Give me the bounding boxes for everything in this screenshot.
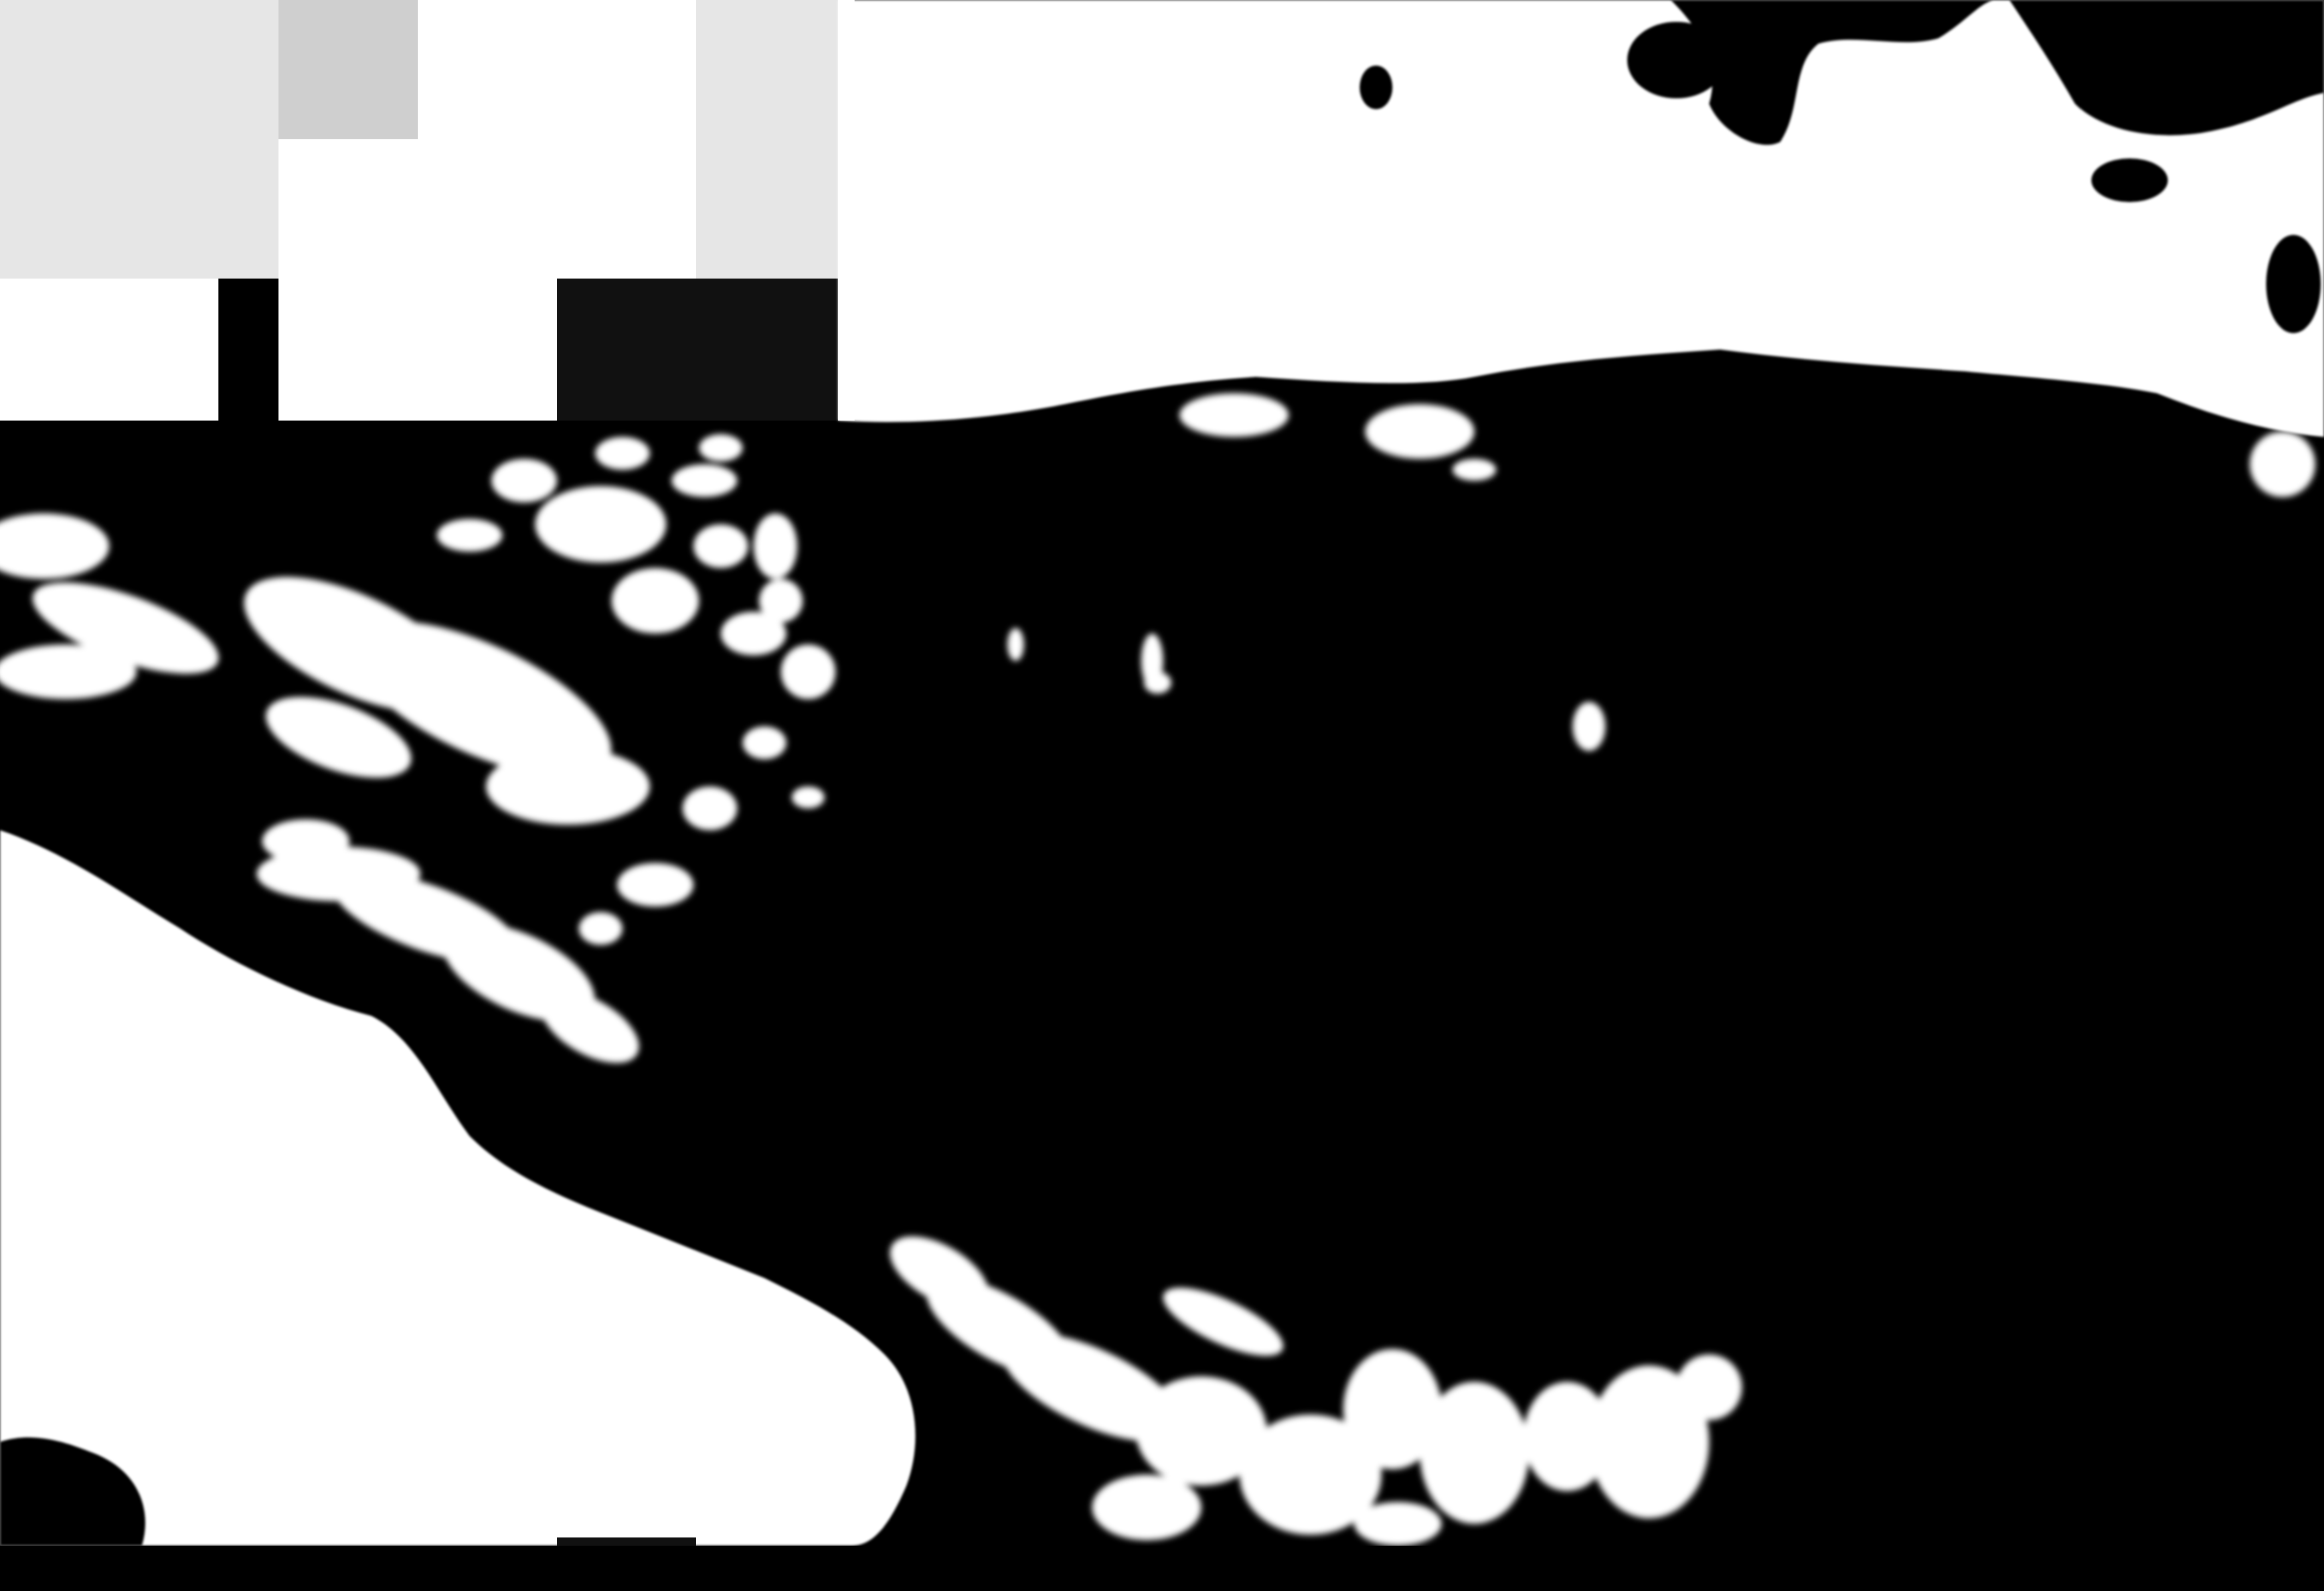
top-left-tile-mosaic xyxy=(0,0,855,421)
bottom-edge-strip xyxy=(0,1546,2324,1591)
bottom-gray-tile xyxy=(557,1537,696,1546)
satellite-cloud-image xyxy=(0,0,2324,1591)
